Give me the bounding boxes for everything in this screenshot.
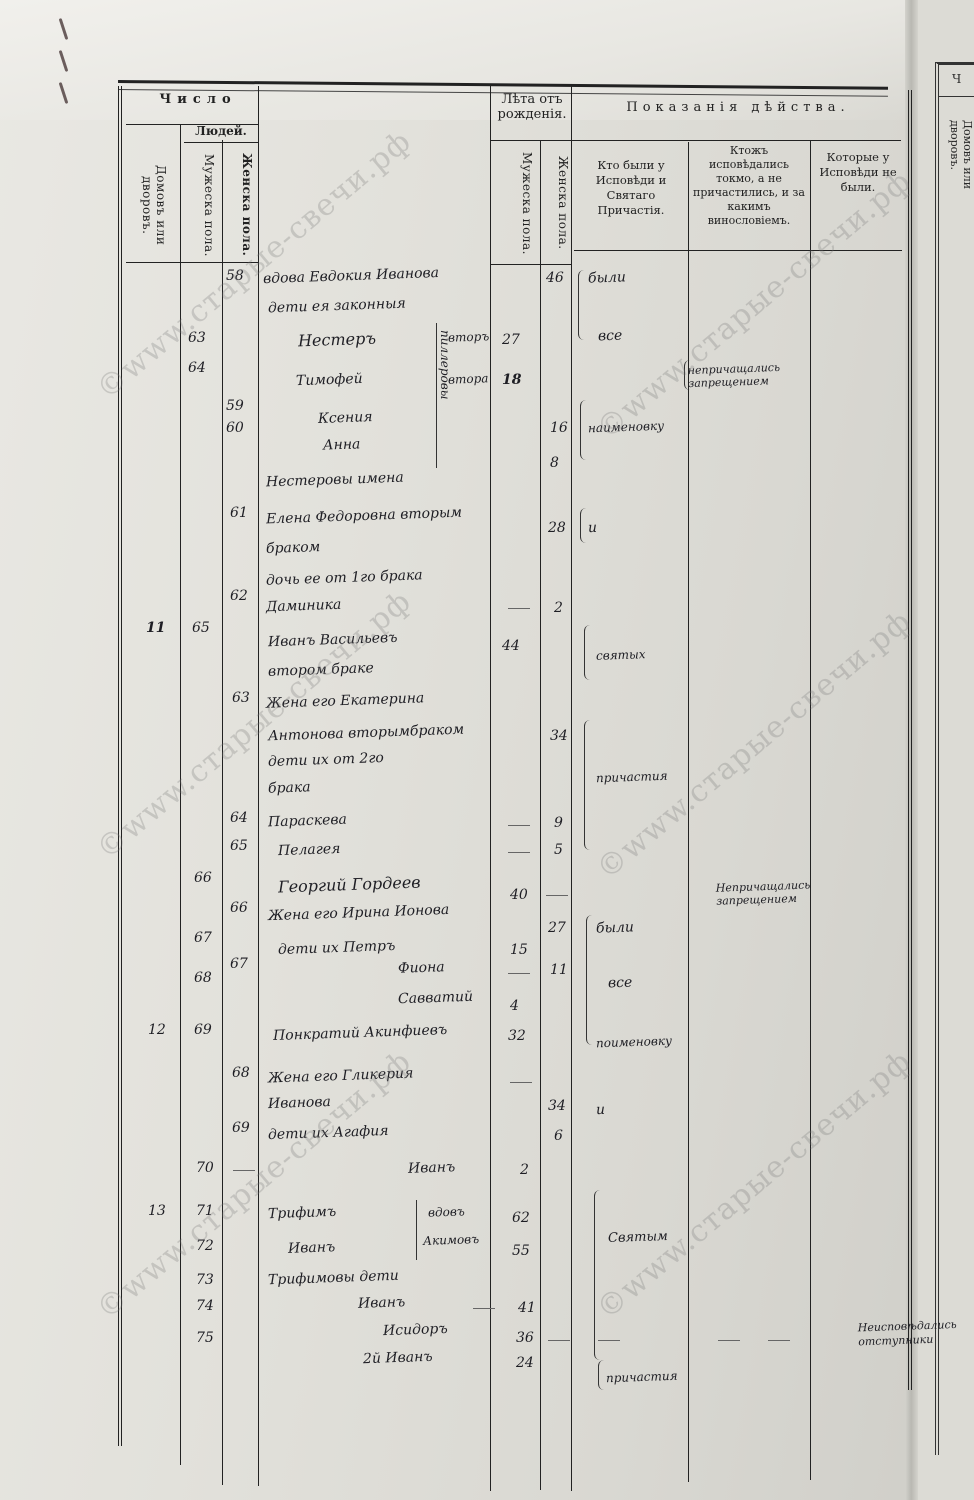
header-confessed-only: Ктожъ исповѣдались токмо, а не причастил… — [690, 144, 808, 228]
entry-name: вдова Евдокия Иванова — [263, 265, 439, 287]
confessed-note: были — [596, 919, 634, 936]
household-number: 12 — [148, 1022, 166, 1038]
age-male: 18 — [502, 372, 521, 388]
age-female: 8 — [550, 455, 559, 471]
entry-name: Нестеръ — [298, 329, 377, 351]
female-number: 69 — [232, 1120, 250, 1136]
brace — [598, 1360, 604, 1390]
age-male: 62 — [512, 1210, 530, 1226]
male-number: 73 — [196, 1272, 214, 1288]
dash — [598, 1340, 620, 1341]
age-male: 40 — [510, 887, 528, 903]
female-number: 64 — [230, 810, 248, 826]
confessed-note: причастия — [596, 769, 668, 785]
next-page-rule — [938, 96, 974, 97]
bracket-divider — [416, 1200, 417, 1260]
col-rule-age-female — [571, 86, 572, 1491]
entry-name: Ксения — [318, 409, 373, 427]
col-rule-male — [222, 140, 223, 1485]
header-rule-people — [184, 142, 258, 143]
female-number: 66 — [230, 900, 248, 916]
dash — [473, 1308, 495, 1309]
confessed-note: были — [588, 269, 626, 286]
table-right-border — [908, 90, 912, 1390]
col-rule-age-male — [540, 140, 541, 1490]
age-female: 6 — [554, 1128, 563, 1144]
household-number: 13 — [148, 1203, 166, 1219]
confessed-note: причастия — [606, 1369, 678, 1385]
brace — [584, 625, 590, 680]
entry-name: Исидоръ — [383, 1321, 448, 1339]
header-age-male: Мужеска пола. — [498, 148, 534, 258]
entry-name: Трифимъ — [268, 1204, 337, 1222]
next-page-frame — [935, 62, 974, 1455]
age-male: 41 — [518, 1300, 536, 1316]
header-rule-age — [490, 140, 571, 141]
female-number: 60 — [226, 420, 244, 436]
age-female: 28 — [548, 520, 566, 536]
male-number: 74 — [196, 1298, 214, 1314]
entry-name: Анна — [323, 436, 361, 453]
dash — [508, 825, 530, 826]
dash — [508, 608, 530, 609]
header-age: Лѣта отъ рожденія. — [492, 92, 572, 122]
male-number: 70 — [196, 1160, 214, 1176]
margin-ink-marks — [62, 10, 65, 114]
entry-name: Антонова вторымбраком — [268, 722, 465, 745]
female-number: 61 — [230, 505, 248, 521]
confessed-note: все — [608, 975, 633, 992]
age-male: 15 — [510, 942, 528, 958]
confessed-note: поименовку — [596, 1034, 672, 1051]
entry-name: дети их от 2го — [268, 750, 384, 770]
household-number: 11 — [146, 620, 165, 636]
entry-name: брака — [268, 779, 311, 796]
entry-name: Даминика — [266, 597, 342, 616]
header-rule-actions — [571, 140, 901, 141]
age-male: 2 — [520, 1162, 529, 1178]
sibling-bracket — [436, 323, 437, 468]
female-number: 65 — [230, 838, 248, 854]
entry-name: дети ея законныя — [268, 296, 406, 317]
col-rule-female — [258, 86, 259, 1486]
next-page-header-fragment: Ч — [952, 72, 961, 86]
dash — [510, 1082, 532, 1083]
header-male: Мужеска пола. — [188, 150, 216, 260]
female-number: 59 — [226, 398, 244, 414]
age-female: 11 — [550, 962, 568, 978]
confessed-note: святых — [596, 647, 646, 663]
age-male: 24 — [516, 1355, 534, 1371]
header-bottom-rule-actions — [574, 250, 902, 251]
age-female: 16 — [550, 420, 568, 436]
confessed-note: и — [588, 520, 598, 536]
table-left-border — [118, 86, 122, 1446]
entry-name: Фиона — [398, 959, 445, 977]
brace — [594, 1190, 600, 1360]
not-confessed-note: Неисповѣдались отступники — [858, 1319, 939, 1350]
entry-name: Понкратий Акинфиевъ — [273, 1022, 448, 1044]
confessed-note: все — [598, 328, 623, 345]
entry-name: Тимофей — [296, 371, 363, 389]
age-female: 34 — [548, 1098, 566, 1114]
age-female: 34 — [550, 728, 568, 744]
col-rule-name — [490, 86, 491, 1491]
col-rule-confessed-only — [810, 140, 811, 1480]
age-male: 55 — [512, 1243, 530, 1259]
entry-name: дочь ее от 1го брака — [266, 567, 423, 588]
entry-name: Савватий — [398, 989, 474, 1008]
brace — [580, 400, 586, 460]
age-male: 36 — [516, 1330, 534, 1346]
entry-name: Параскева — [268, 812, 347, 831]
entry-name: Иванъ — [358, 1294, 406, 1312]
header-female: Женска пола. — [226, 150, 254, 260]
brace — [578, 270, 584, 340]
header-bottom-rule-age — [490, 264, 571, 265]
entry-name: Жена его Ирина Ионова — [268, 902, 450, 924]
header-confessed-communed: Кто были у Исповѣди и Святаго Причастія. — [576, 158, 686, 218]
male-number: 67 — [194, 930, 212, 946]
female-number: 68 — [232, 1065, 250, 1081]
entry-name: Пелагея — [278, 841, 341, 859]
dash — [768, 1340, 790, 1341]
header-age-female: Женска пола. — [542, 148, 570, 258]
confessed-only-note: Непричащались запрещением — [716, 878, 817, 907]
bracket-annotation: пиллеровы — [438, 330, 452, 400]
brace — [586, 915, 592, 1045]
header-actions: Показанія дѣйства. — [583, 100, 893, 115]
entry-note: Акимовъ — [423, 1232, 480, 1248]
dash — [508, 852, 530, 853]
age-female: 2 — [554, 600, 563, 616]
confessed-note: и — [596, 1102, 606, 1118]
age-male: 27 — [502, 332, 520, 348]
entry-note: втора — [448, 371, 489, 386]
dash — [546, 895, 568, 896]
next-page-households-header: Домовъ или дворовъ. — [944, 120, 974, 240]
entry-name: Трифимовы дети — [268, 1268, 399, 1289]
age-male: 44 — [502, 638, 520, 654]
male-number: 65 — [192, 620, 210, 636]
female-number: 63 — [232, 690, 250, 706]
brace — [580, 508, 586, 543]
entry-name: дети их Петръ — [278, 938, 396, 958]
age-female: 5 — [554, 842, 563, 858]
age-male: 32 — [508, 1028, 526, 1044]
age-female: 27 — [548, 920, 566, 936]
male-number: 69 — [194, 1022, 212, 1038]
header-households: Домовъ или дворовъ. — [128, 150, 168, 260]
entry-name: 2й Иванъ — [363, 1349, 433, 1367]
dash — [718, 1340, 740, 1341]
male-number: 75 — [196, 1330, 214, 1346]
header-people: Людей. — [184, 124, 258, 138]
entry-name: Елена Федоровна вторым — [266, 505, 462, 528]
entry-name: браком — [266, 539, 321, 557]
entry-name: Нестеровы имена — [266, 470, 404, 491]
female-number: 62 — [230, 588, 248, 604]
entry-name: Иванъ — [408, 1159, 456, 1177]
entry-name: Иванъ — [288, 1239, 336, 1257]
age-female: 46 — [546, 270, 564, 286]
dash — [548, 1340, 570, 1341]
male-number: 64 — [188, 360, 206, 376]
brace — [584, 720, 590, 850]
male-number: 66 — [194, 870, 212, 886]
header-number: Число — [148, 92, 248, 107]
age-male: 4 — [510, 998, 519, 1014]
age-female: 9 — [554, 815, 563, 831]
entry-note: вдовъ — [428, 1204, 465, 1219]
entry-name: Георгий Гордеев — [278, 873, 421, 897]
dash — [508, 973, 530, 974]
male-number: 68 — [194, 970, 212, 986]
entry-note: вторъ — [448, 329, 490, 344]
female-number: 67 — [230, 956, 248, 972]
